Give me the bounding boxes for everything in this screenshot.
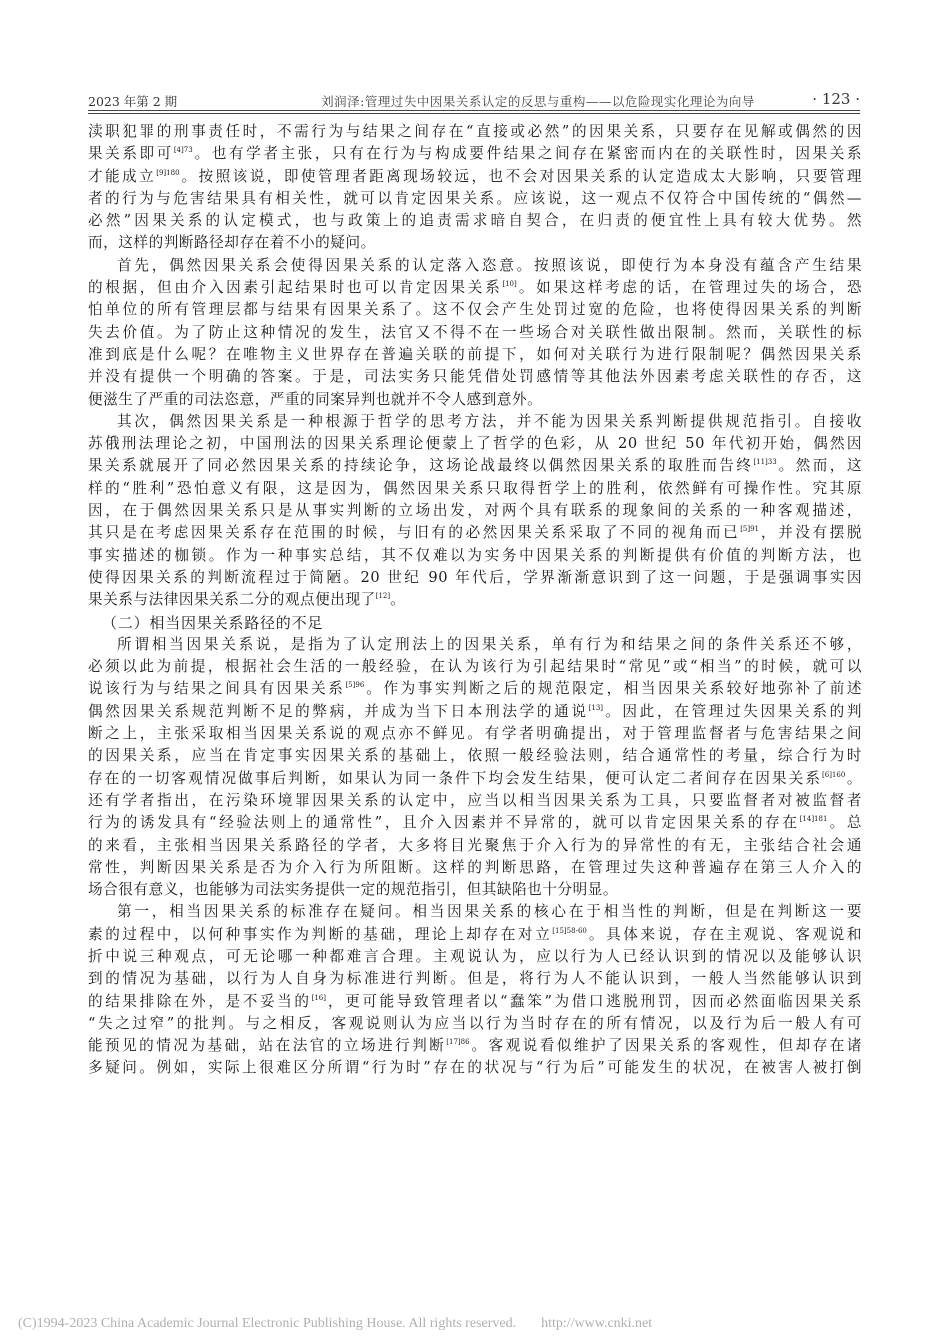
line-text-tail: 。也有学者主张，只有在行为与构成要件结果之间存在紧密而内在的关联性时，因果关系	[193, 145, 862, 162]
line-text: 并没有提供一个明确的答案。于是，司法实务只能凭借处罚感情等其他法外因素考虑关联性…	[88, 368, 862, 385]
text-line: 能预见的情况为基础，站在法官的立场进行判断[17]86。客观说看似维护了因果关系…	[88, 1035, 862, 1057]
line-text: 素的过程中，以何种事实作为判断的基础，理论上却存在对立	[88, 926, 552, 943]
text-line: 场合很有意义，也能够为司法实务提供一定的规范指引，但其缺陷也十分明显。	[88, 879, 862, 901]
copyright-footer: (C)1994-2023 China Academic Journal Elec…	[18, 1316, 652, 1332]
line-text: 必须以此为前提，根据社会生活的一般经验，在认为该行为引起结果时“常见”或“相当”…	[88, 658, 862, 675]
text-line: 并没有提供一个明确的答案。于是，司法实务只能凭借处罚感情等其他法外因素考虑关联性…	[88, 366, 862, 388]
line-text: 便滋生了严重的司法恣意，严重的同案异判也就并不令人感到意外。	[88, 391, 542, 408]
line-text: 的因果关系，应当在肯定事实因果关系的基础上，依照一般经验法则，结合通常性的考量，…	[88, 747, 862, 764]
line-text-tail: 。然而，这	[777, 457, 862, 474]
text-line: 才能成立[9]180。按照该说，即使管理者距离现场较远，也不会对因果关系的认定造…	[88, 166, 862, 188]
cnki-link[interactable]: http://www.cnki.net	[541, 1316, 652, 1331]
text-line: 样的“胜利”恐怕意义有限，这是因为，偶然因果关系只取得哲学上的胜利，依然鲜有可操…	[88, 478, 862, 500]
line-text-tail: 。具体来说，存在主观说、客观说和	[587, 926, 862, 943]
text-line: 的结果排除在外，是不妥当的[16]，更可能导致管理者以“蠢笨”为借口逃脱刑罚，因…	[88, 991, 862, 1013]
text-line: 准到底是什么呢？在唯物主义世界存在普遍关联的前提下，如何对关联行为进行限制呢？偶…	[88, 344, 862, 366]
text-line: 断之上，主张采取相当因果关系说的观点亦不鲜见。有学者明确提出，对于管理监督者与危…	[88, 723, 862, 745]
line-text: 苏俄刑法理论之初，中国刑法的因果关系理论便蒙上了哲学的色彩，从 20 世纪 50…	[88, 435, 862, 452]
line-text: 果关系即可	[88, 145, 174, 162]
citation-marker: [5]91	[740, 525, 759, 533]
text-line: 还有学者指出，在污染环境罪因果关系的认定中，应当以相当因果关系为工具，只要监督者…	[88, 790, 862, 812]
citation-marker: [5]96	[345, 681, 364, 689]
citation-marker: [6]160	[822, 771, 845, 779]
text-line: 常性，判断因果关系是否为介入行为所阻断。这样的判断思路，在管理过失这种普遍存在第…	[88, 857, 862, 879]
text-line: 的因果关系，应当在肯定事实因果关系的基础上，依照一般经验法则，结合通常性的考量，…	[88, 745, 862, 767]
text-line: 其次，偶然因果关系是一种根源于哲学的思考方法，并不能为因果关系判断提供规范指引。…	[88, 411, 862, 433]
text-line: 失去价值。为了防止这种情况的发生，法官又不得不在一些场合对关联性做出限制。然而，…	[88, 322, 862, 344]
text-line: 事实描述的枷锁。作为一种事实总结，其不仅难以为实务中因果关系的判断提供有价值的判…	[88, 545, 862, 567]
line-text: 场合很有意义，也能够为司法实务提供一定的规范指引，但其缺陷也十分明显。	[88, 881, 618, 898]
line-text: 到的情况为基础，以行为人自身为标准进行判断。但是，将行为人不能认识到，一般人当然…	[88, 970, 862, 987]
line-text-tail: 。作为事实判断之后的规范限定，相当因果关系较好地弥补了前述	[364, 680, 862, 697]
text-line: 必然”因果关系的认定模式，也与政策上的追责需求暗自契合，在归责的便宜性上具有较大…	[88, 210, 862, 232]
line-text-tail: 。	[390, 591, 405, 608]
line-text: 第一，相当因果关系的标准存在疑问。相当因果关系的核心在于相当性的判断，但是在判断…	[117, 903, 862, 920]
line-text: 所谓相当因果关系说，是指为了认定刑法上的因果关系，单有行为和结果之间的条件关系还…	[117, 636, 862, 653]
running-title: 刘润泽:管理过失中因果关系认定的反思与重构——以危险现实化理论为向导	[258, 92, 818, 110]
line-text: 果关系与法律因果关系二分的观点便出现了	[88, 591, 376, 608]
text-line: “失之过窄”的批判。与之相反，客观说则认为应当以行为当时存在的所有情况，以及行为…	[88, 1013, 862, 1035]
citation-marker: [17]86	[446, 1038, 469, 1046]
text-line: 第一，相当因果关系的标准存在疑问。相当因果关系的核心在于相当性的判断，但是在判断…	[88, 901, 862, 923]
text-line: 而，这样的判断路径却存在着不小的疑问。	[88, 232, 862, 254]
line-text-tail: 。如果这样考虑的话，在管理过失的场合，恐	[517, 279, 862, 296]
header-rule-bottom	[88, 113, 860, 114]
line-text-tail: 。因此，在管理过失因果关系的判	[603, 703, 862, 720]
line-text: 多疑问。例如，实际上很难区分所谓“行为时”存在的状况与“行为后”可能发生的状况，…	[88, 1059, 862, 1076]
line-text: “失之过窄”的批判。与之相反，客观说则认为应当以行为当时存在的所有情况，以及行为…	[88, 1015, 862, 1032]
citation-marker: [14]181	[800, 815, 828, 823]
line-text: 偶然因果关系规范判断不足的弊病，并成为当下日本刑法学的通说	[88, 703, 589, 720]
article-body: 渎职犯罪的刑事责任时，不需行为与结果之间存在“直接或必然”的因果关系，只要存在见…	[88, 121, 862, 1080]
line-text: 的根据，但由介入因素引起结果时也可以肯定因果关系	[88, 279, 502, 296]
copyright-text: (C)1994-2023 China Academic Journal Elec…	[18, 1316, 516, 1331]
line-text: 样的“胜利”恐怕意义有限，这是因为，偶然因果关系只取得哲学上的胜利，依然鲜有可操…	[88, 480, 862, 497]
paragraph-group-2: 所谓相当因果关系说，是指为了认定刑法上的因果关系，单有行为和结果之间的条件关系还…	[88, 634, 862, 1080]
line-text: 失去价值。为了防止这种情况的发生，法官又不得不在一些场合对关联性做出限制。然而，…	[88, 324, 862, 341]
line-text-tail: ，并没有摆脱	[759, 524, 862, 541]
line-text: 常性，判断因果关系是否为介入行为所阻断。这样的判断思路，在管理过失这种普遍存在第…	[88, 859, 862, 876]
citation-marker: [11]33	[753, 458, 776, 466]
paragraph-group-1: 渎职犯罪的刑事责任时，不需行为与结果之间存在“直接或必然”的因果关系，只要存在见…	[88, 121, 862, 612]
line-text: 还有学者指出，在污染环境罪因果关系的认定中，应当以相当因果关系为工具，只要监督者…	[88, 792, 862, 809]
text-line: 首先，偶然因果关系会使得因果关系的认定落入恣意。按照该说，即使行为本身没有蕴含产…	[88, 255, 862, 277]
citation-marker: [9]180	[156, 169, 179, 177]
line-text: 渎职犯罪的刑事责任时，不需行为与结果之间存在“直接或必然”的因果关系，只要存在见…	[88, 123, 862, 140]
text-line: 渎职犯罪的刑事责任时，不需行为与结果之间存在“直接或必然”的因果关系，只要存在见…	[88, 121, 862, 143]
text-line: 偶然因果关系规范判断不足的弊病，并成为当下日本刑法学的通说[13]。因此，在管理…	[88, 701, 862, 723]
line-text-tail: 。	[845, 770, 862, 787]
line-text: 必然”因果关系的认定模式，也与政策上的追责需求暗自契合，在归责的便宜性上具有较大…	[88, 212, 862, 229]
text-line: 多疑问。例如，实际上很难区分所谓“行为时”存在的状况与“行为后”可能发生的状况，…	[88, 1057, 862, 1079]
text-line: 果关系就展开了同必然因果关系的持续论争，这场论战最终以偶然因果关系的取胜而告终[…	[88, 455, 862, 477]
line-text: 而，这样的判断路径却存在着不小的疑问。	[88, 234, 376, 251]
line-text-tail: ，更可能导致管理者以“蠢笨”为借口逃脱刑罚，因而必然面临因果关系	[326, 993, 862, 1010]
citation-marker: [12]	[376, 592, 390, 600]
line-text-tail: 。总	[827, 814, 862, 831]
line-text: 首先，偶然因果关系会使得因果关系的认定落入恣意。按照该说，即使行为本身没有蕴含产…	[117, 257, 862, 274]
line-text: 准到底是什么呢？在唯物主义世界存在普遍关联的前提下，如何对关联行为进行限制呢？偶…	[88, 346, 862, 363]
header-rule-top	[88, 110, 860, 111]
line-text: 因，在于偶然因果关系只是从事实判断的立场出发，对两个具有联系的现象间的关系的一种…	[88, 502, 862, 519]
line-text: 使得因果关系的判断流程过于简陋。20 世纪 90 年代后，学界渐渐意识到了这一问…	[88, 569, 862, 586]
citation-marker: [4]73	[174, 146, 193, 154]
text-line: 怕单位的所有管理层都与结果有因果关系了。这不仅会产生处罚过宽的危险，也将使得因果…	[88, 299, 862, 321]
text-line: 者的行为与危害结果具有相关性，就可以肯定因果关系。应该说，这一观点不仅符合中国传…	[88, 188, 862, 210]
line-text: 其只是在考虑因果关系存在范围的时候，与旧有的必然因果关系采取了不同的视角而已	[88, 524, 740, 541]
line-text: 折中说三种观点，可无论哪一种都难言合理。主观说认为，应以行为人已经认识到的情况以…	[88, 948, 862, 965]
line-text: 者的行为与危害结果具有相关性，就可以肯定因果关系。应该说，这一观点不仅符合中国传…	[88, 190, 862, 207]
line-text-tail: 。客观说看似维护了因果关系的客观性，但却存在诸	[470, 1037, 862, 1054]
text-line: 素的过程中，以何种事实作为判断的基础，理论上却存在对立[15]58-60。具体来…	[88, 924, 862, 946]
line-text: 事实描述的枷锁。作为一种事实总结，其不仅难以为实务中因果关系的判断提供有价值的判…	[88, 547, 862, 564]
text-line: 苏俄刑法理论之初，中国刑法的因果关系理论便蒙上了哲学的色彩，从 20 世纪 50…	[88, 433, 862, 455]
line-text: 怕单位的所有管理层都与结果有因果关系了。这不仅会产生处罚过宽的危险，也将使得因果…	[88, 301, 862, 318]
line-text: 才能成立	[88, 168, 156, 185]
text-line: 的根据，但由介入因素引起结果时也可以肯定因果关系[10]。如果这样考虑的话，在管…	[88, 277, 862, 299]
line-text: 说该行为与结果之间具有因果关系	[88, 680, 345, 697]
line-text: 存在的一切客观情况做事后判断，如果认为同一条件下均会发生结果，便可认定二者间存在…	[88, 770, 822, 787]
text-line: 到的情况为基础，以行为人自身为标准进行判断。但是，将行为人不能认识到，一般人当然…	[88, 968, 862, 990]
line-text: 的结果排除在外，是不妥当的	[88, 993, 312, 1010]
text-line: 存在的一切客观情况做事后判断，如果认为同一条件下均会发生结果，便可认定二者间存在…	[88, 768, 862, 790]
text-line: 必须以此为前提，根据社会生活的一般经验，在认为该行为引起结果时“常见”或“相当”…	[88, 656, 862, 678]
running-header: 2023 年第 2 期 刘润泽:管理过失中因果关系认定的反思与重构——以危险现实…	[88, 92, 860, 110]
page-number: · 123 ·	[812, 90, 860, 108]
section-heading: （二）相当因果关系路径的不足	[88, 612, 862, 634]
line-text: 断之上，主张采取相当因果关系说的观点亦不鲜见。有学者明确提出，对于管理监督者与危…	[88, 725, 862, 742]
text-line: 行为的诱发具有“经验法则上的通常性”，且介入因素并不异常的，就可以肯定因果关系的…	[88, 812, 862, 834]
text-line: 便滋生了严重的司法恣意，严重的同案异判也就并不令人感到意外。	[88, 389, 862, 411]
journal-issue: 2023 年第 2 期	[88, 92, 177, 110]
line-text: 果关系就展开了同必然因果关系的持续论争，这场论战最终以偶然因果关系的取胜而告终	[88, 457, 753, 474]
citation-marker: [13]	[589, 704, 603, 712]
line-text-tail: 。按照该说，即使管理者距离现场较远，也不会对因果关系的认定造成太大影响，只要管理	[180, 168, 862, 185]
text-line: 的来看，主张相当因果关系路径的学者，大多将目光聚焦于介入行为的异常性的有无，主张…	[88, 835, 862, 857]
text-line: 其只是在考虑因果关系存在范围的时候，与旧有的必然因果关系采取了不同的视角而已[5…	[88, 522, 862, 544]
line-text: 的来看，主张相当因果关系路径的学者，大多将目光聚焦于介入行为的异常性的有无，主张…	[88, 837, 862, 854]
text-line: 果关系即可[4]73。也有学者主张，只有在行为与构成要件结果之间存在紧密而内在的…	[88, 143, 862, 165]
text-line: 说该行为与结果之间具有因果关系[5]96。作为事实判断之后的规范限定，相当因果关…	[88, 678, 862, 700]
text-line: 所谓相当因果关系说，是指为了认定刑法上的因果关系，单有行为和结果之间的条件关系还…	[88, 634, 862, 656]
citation-marker: [10]	[502, 280, 516, 288]
line-text: 其次，偶然因果关系是一种根源于哲学的思考方法，并不能为因果关系判断提供规范指引。…	[117, 413, 862, 430]
text-line: 因，在于偶然因果关系只是从事实判断的立场出发，对两个具有联系的现象间的关系的一种…	[88, 500, 862, 522]
text-line: 果关系与法律因果关系二分的观点便出现了[12]。	[88, 589, 862, 611]
text-line: 折中说三种观点，可无论哪一种都难言合理。主观说认为，应以行为人已经认识到的情况以…	[88, 946, 862, 968]
text-line: 使得因果关系的判断流程过于简陋。20 世纪 90 年代后，学界渐渐意识到了这一问…	[88, 567, 862, 589]
citation-marker: [15]58-60	[552, 927, 587, 935]
line-text: 行为的诱发具有“经验法则上的通常性”，且介入因素并不异常的，就可以肯定因果关系的…	[88, 814, 800, 831]
line-text: 能预见的情况为基础，站在法官的立场进行判断	[88, 1037, 446, 1054]
citation-marker: [16]	[312, 994, 326, 1002]
